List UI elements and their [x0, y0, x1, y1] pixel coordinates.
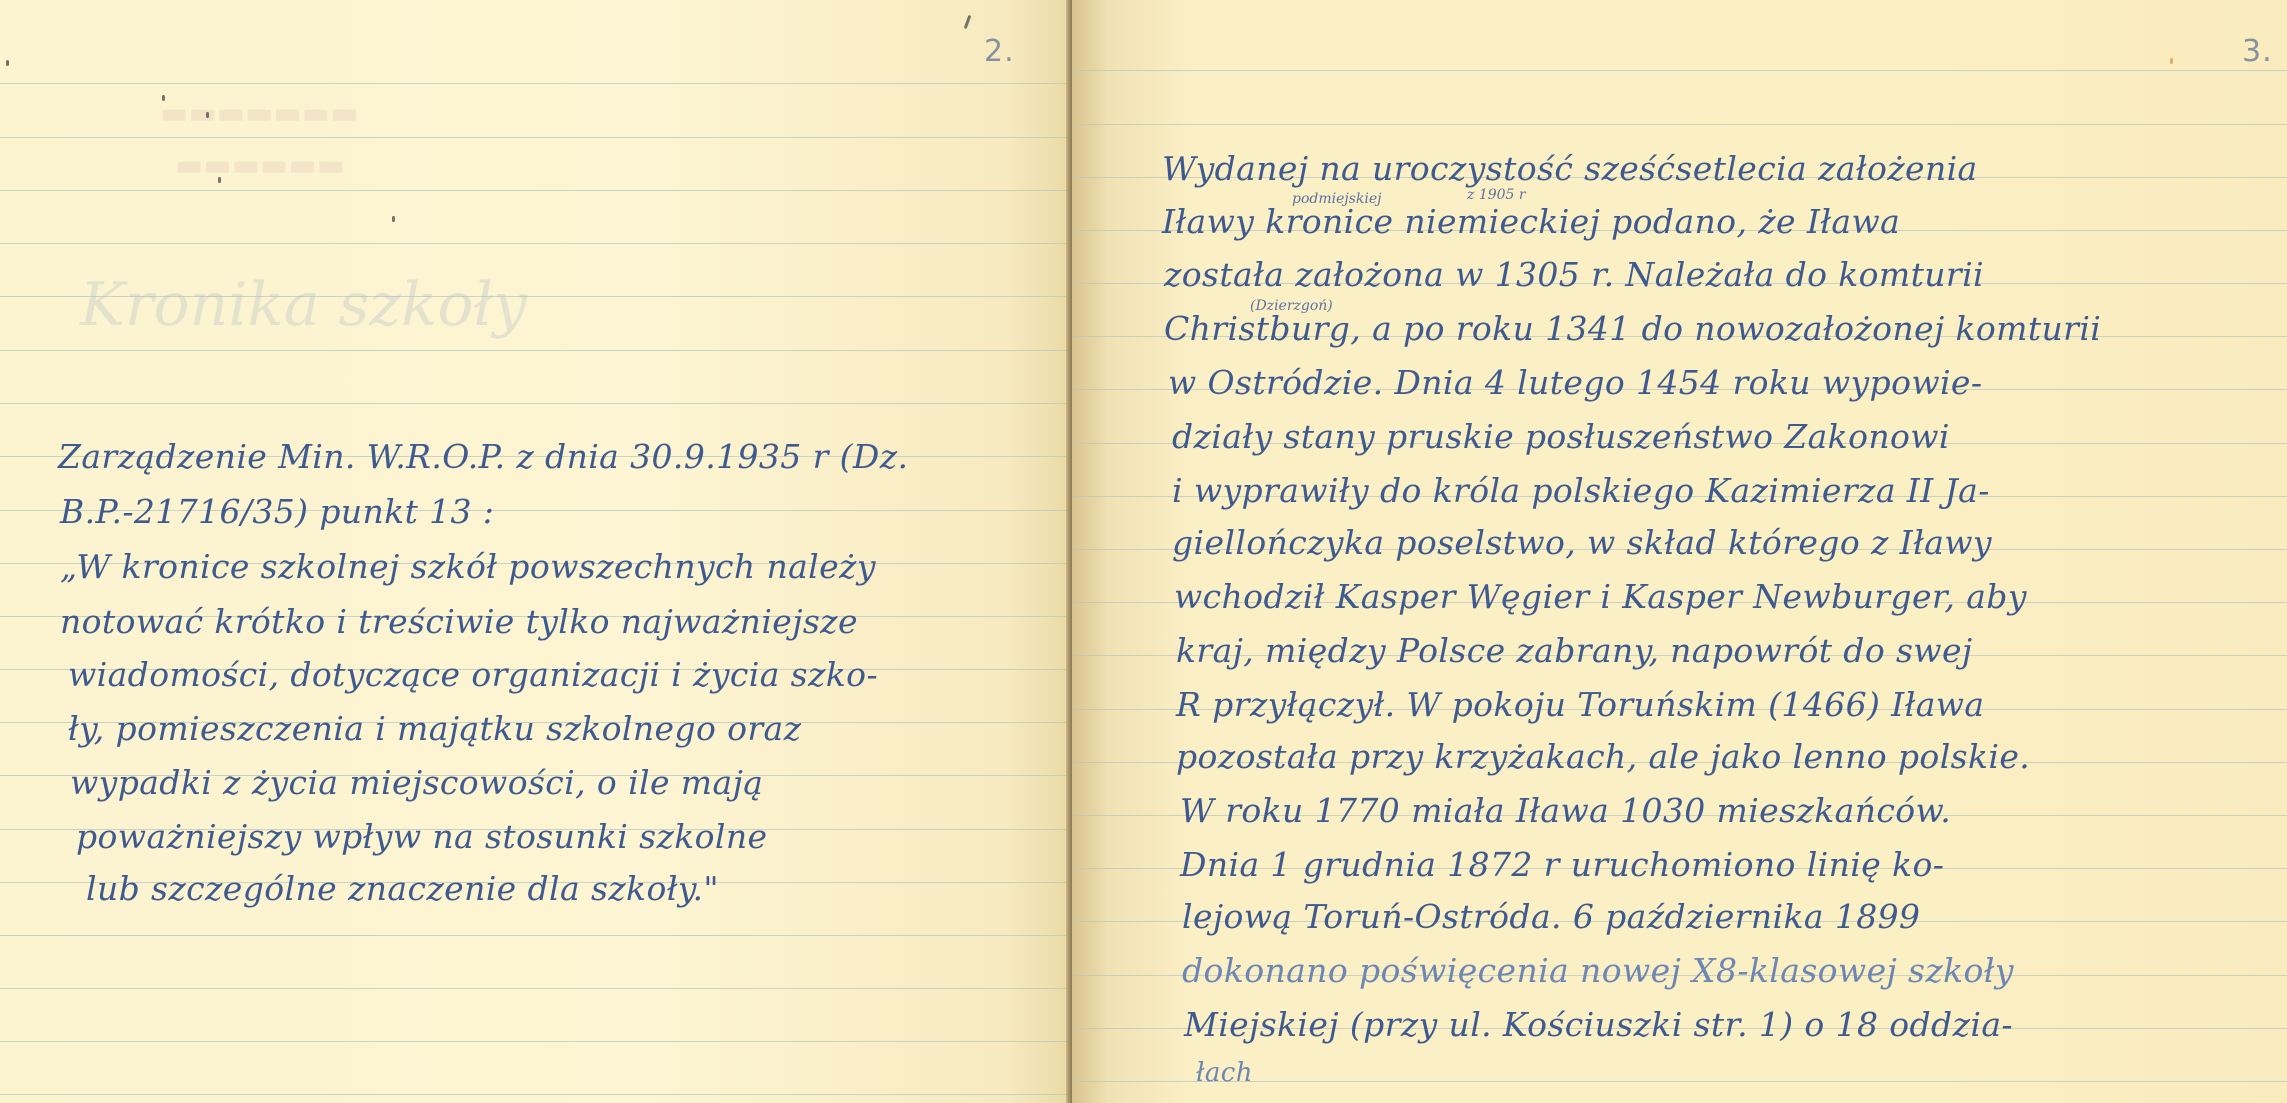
text-line: poważniejszy wpływ na stosunki szkolne	[76, 820, 767, 853]
ruled-line	[0, 988, 1072, 989]
text-line: R przyłączył. W pokoju Toruńskim (1466) …	[1176, 688, 1985, 721]
text-line: w Ostródzie. Dnia 4 lutego 1454 roku wyp…	[1168, 366, 1982, 399]
text-line: wchodził Kasper Węgier i Kasper Newburge…	[1174, 580, 2027, 613]
text-line: W roku 1770 miała Iława 1030 mieszkańców…	[1180, 794, 1951, 827]
ruled-line	[0, 190, 1072, 191]
text-line: i wyprawiły do króla polskiego Kazimierz…	[1172, 474, 1990, 507]
text-line: Christburg, a po roku 1341 do nowozałożo…	[1164, 312, 2101, 345]
ruled-line	[0, 137, 1072, 138]
text-line: Zarządzenie Min. W.R.O.P. z dnia 30.9.19…	[58, 440, 908, 473]
text-line: łach	[1196, 1060, 1253, 1086]
page-number-right: 3.	[2242, 34, 2273, 69]
page-number-left: 2.	[984, 34, 1015, 69]
ruled-line	[0, 1041, 1072, 1042]
text-line: Iławy kronice niemieckiej podano, że Iła…	[1162, 205, 1900, 238]
ruled-line	[0, 1094, 1072, 1095]
text-line: lub szczególne znaczenie dla szkoły."	[86, 872, 719, 905]
text-line: działy stany pruskie posłuszeństwo Zakon…	[1172, 420, 1950, 453]
ink-speck	[218, 177, 221, 183]
text-line: B.P.-21716/35) punkt 13 :	[60, 495, 494, 528]
text-line: Dnia 1 grudnia 1872 r uruchomiono linię …	[1180, 848, 1944, 881]
ruled-line	[0, 350, 1072, 351]
text-line: notować krótko i treściwie tylko najważn…	[60, 605, 858, 638]
ruled-line	[0, 935, 1072, 936]
text-line: wypadki z życia miejscowości, o ile mają	[70, 766, 763, 799]
ruled-line	[1072, 124, 2287, 125]
interlinear-annotation: z 1905 r	[1467, 187, 1526, 203]
right-page: 3. podmiejskiej z 1905 r (Dzierzgoń) Wyd…	[1072, 0, 2287, 1103]
ruled-line	[1072, 70, 2287, 71]
text-line: Wydanej na uroczystość sześćsetlecia zał…	[1162, 152, 1978, 185]
bleed-through-stamp: ▬▬▬▬▬▬▬	[160, 96, 358, 131]
ink-speck	[392, 216, 395, 222]
text-line: lejową Toruń-Ostróda. 6 października 189…	[1182, 900, 1920, 933]
text-line: dokonano poświęcenia nowej X8-klasowej s…	[1182, 954, 2014, 987]
ink-speck	[6, 60, 9, 66]
ink-speck	[162, 95, 165, 101]
text-line: kraj, między Polsce zabrany, napowrót do…	[1176, 634, 1973, 667]
text-line: pozostała przy krzyżakach, ale jako lenn…	[1176, 740, 2030, 773]
text-line: została założona w 1305 r. Należała do k…	[1164, 258, 1984, 291]
bleed-through-stamp: ▬▬▬▬▬▬	[175, 148, 345, 183]
ruled-line	[1072, 1081, 2287, 1082]
ruled-line	[0, 243, 1072, 244]
left-page: ▬▬▬▬▬▬▬ ▬▬▬▬▬▬ Kronika szkoły 2. Zarządz…	[0, 0, 1072, 1103]
ink-mark	[964, 15, 972, 29]
notebook-spread: ▬▬▬▬▬▬▬ ▬▬▬▬▬▬ Kronika szkoły 2. Zarządz…	[0, 0, 2287, 1103]
text-line: „W kronice szkolnej szkół powszechnych n…	[60, 550, 876, 583]
ruled-line	[0, 83, 1072, 84]
text-line: wiadomości, dotyczące organizacji i życi…	[68, 658, 878, 691]
ink-speck	[206, 112, 209, 118]
text-line: Miejskiej (przy ul. Kościuszki str. 1) o…	[1184, 1008, 2013, 1041]
text-line: ły, pomieszczenia i majątku szkolnego or…	[68, 712, 801, 745]
ruled-line	[0, 403, 1072, 404]
paper-stain	[2170, 58, 2173, 64]
bleed-through-heading: Kronika szkoły	[80, 270, 527, 340]
text-line: giellończyka poselstwo, w skład którego …	[1172, 526, 1992, 559]
